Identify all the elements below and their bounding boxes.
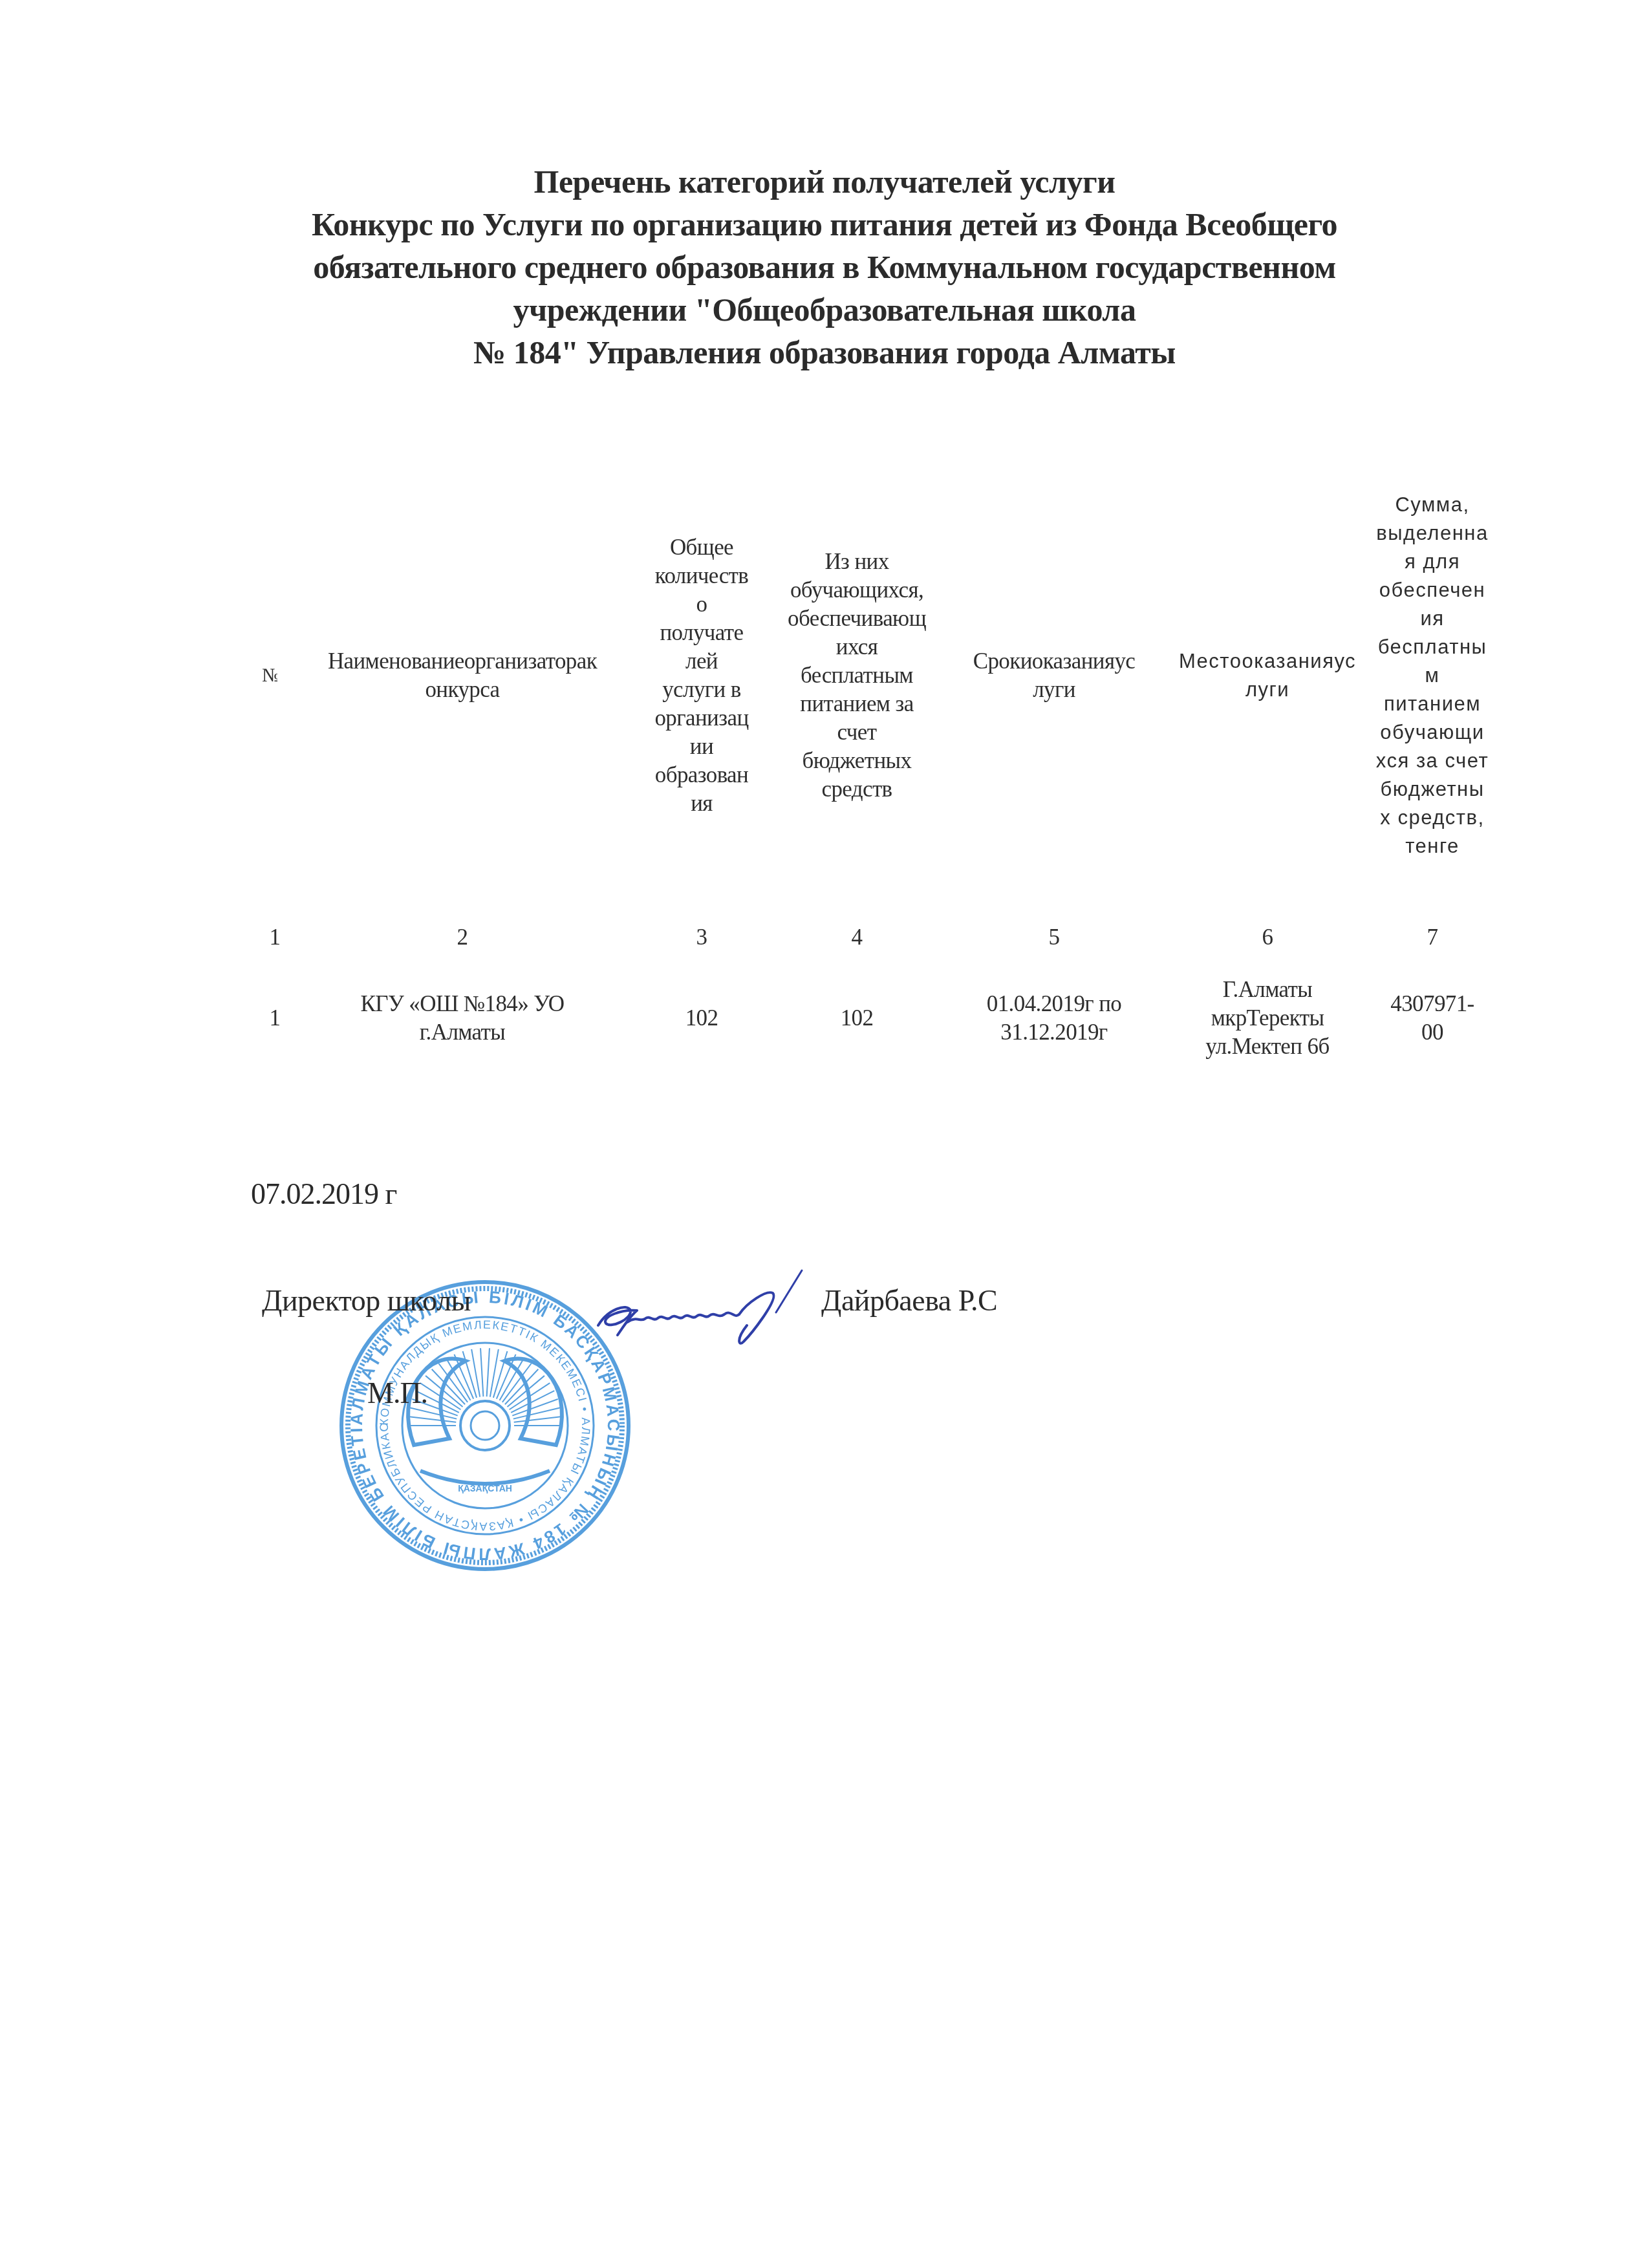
title-line: Конкурс по Услуги по организацию питания… [246,203,1403,246]
cell-line: о [654,590,748,619]
cell-line: бюджетны [1376,775,1489,804]
header-total-recipients: Общееколичествополучателейуслуги воргани… [643,440,760,912]
cell-line: средств [788,775,926,804]
column-number: 6 [1164,918,1371,957]
cell-line: хся за счет [1376,747,1489,775]
table-cell: 1 [262,970,288,1067]
column-number: 1 [262,918,288,957]
cell-line: ия [654,789,748,818]
cell-line: онкурса [328,676,597,704]
stamp-place-label: М.П. [367,1376,427,1410]
header-allocated-amount: Сумма,выделенная дляобеспечениябесплатны… [1371,440,1494,912]
cell-line: 01.04.2019г по [987,990,1121,1018]
cell-line: тенге [1376,832,1489,861]
cell-line: получате [654,619,748,647]
cell-line: № [262,661,277,690]
cell-line: Сумма, [1376,491,1489,519]
cell-line: 31.12.2019г [987,1018,1121,1047]
cell-line: я для [1376,548,1489,576]
cell-line: питанием за [788,690,926,718]
cell-line: услуги в [654,676,748,704]
title-line: учреждении "Общеобразовательная школа [246,288,1403,331]
cell-line: Из них [788,548,926,576]
cell-line: обучающи [1376,718,1489,747]
cell-line: Наименованиеорганизаторак [328,647,597,676]
table-cell: КГУ «ОШ №184» УОг.Алматы [291,970,634,1067]
column-number: 7 [1371,918,1494,957]
cell-line: КГУ «ОШ №184» УО [361,990,565,1018]
cell-line: х средств, [1376,804,1489,832]
cell-line: бесплатным [788,661,926,690]
director-title: Директор школы [262,1283,471,1318]
header-free-meal-students: Из нихобучающихся,обеспечивающихсябеспла… [770,440,944,912]
cell-line: 1 [270,1004,281,1032]
document-date: 07.02.2019 г [251,1177,396,1211]
cell-line: Общее [654,533,748,562]
cell-line: ихся [788,633,926,661]
cell-line: обеспечивающ [788,604,926,633]
cell-line: Срокиоказанияус [973,647,1136,676]
official-seal-icon: АЛМАТЫ ҚАЛАСЫ БІЛІМ БАСҚАРМАСЫНЫҢ № 184 … [336,1277,634,1574]
column-number: 4 [770,918,944,957]
cell-line: ия [1376,604,1489,633]
title-line: обязательного среднего образования в Ком… [246,246,1403,288]
cell-line: выделенна [1376,519,1489,548]
table-cell: 01.04.2019г по31.12.2019г [951,970,1158,1067]
cell-line: образован [654,761,748,789]
cell-line: питанием [1376,690,1489,718]
header-number: № [262,440,277,912]
cell-line: обеспечен [1376,576,1489,604]
cell-line: обучающихся, [788,576,926,604]
column-number: 2 [291,918,634,957]
cell-line: ул.Мектеп 6б [1205,1032,1329,1061]
cell-line: 102 [685,1004,718,1032]
header-service-period: Срокиоказанияуслуги [951,440,1158,912]
cell-line: бюджетных [788,747,926,775]
director-name: Дайрбаева Р.С [821,1283,997,1318]
cell-line: Местооказанияус [1179,647,1356,676]
cell-line: 4307971- [1390,990,1474,1018]
table-cell: 102 [643,970,760,1067]
svg-text:ҚАЗАҚСТАН: ҚАЗАҚСТАН [458,1483,512,1493]
cell-line: луги [973,676,1136,704]
signature-icon [592,1264,805,1354]
cell-line: Г.Алматы [1205,976,1329,1004]
cell-line: 00 [1390,1018,1474,1047]
cell-line: лей [654,647,748,676]
table-cell: 102 [770,970,944,1067]
header-service-location: Местооказанияуслуги [1164,440,1371,912]
title-line: Перечень категорий получателей услуги [246,160,1403,203]
title-line: № 184" Управления образования города Алм… [246,331,1403,374]
column-number: 5 [951,918,1158,957]
cell-line: г.Алматы [361,1018,565,1047]
cell-line: луги [1179,676,1356,704]
cell-line: количеств [654,562,748,590]
cell-line: 102 [841,1004,874,1032]
header-organizer-name: Наименованиеорганизатораконкурса [291,440,634,912]
table-cell: 4307971-00 [1371,970,1494,1067]
cell-line: бесплатны [1376,633,1489,661]
cell-line: ии [654,733,748,761]
cell-line: м [1376,661,1489,690]
cell-line: счет [788,718,926,747]
table-cell: Г.АлматымкрТеректыул.Мектеп 6б [1164,970,1371,1067]
document-title: Перечень категорий получателей услуги Ко… [246,160,1403,374]
column-number: 3 [643,918,760,957]
cell-line: организац [654,704,748,733]
cell-line: мкрТеректы [1205,1004,1329,1032]
